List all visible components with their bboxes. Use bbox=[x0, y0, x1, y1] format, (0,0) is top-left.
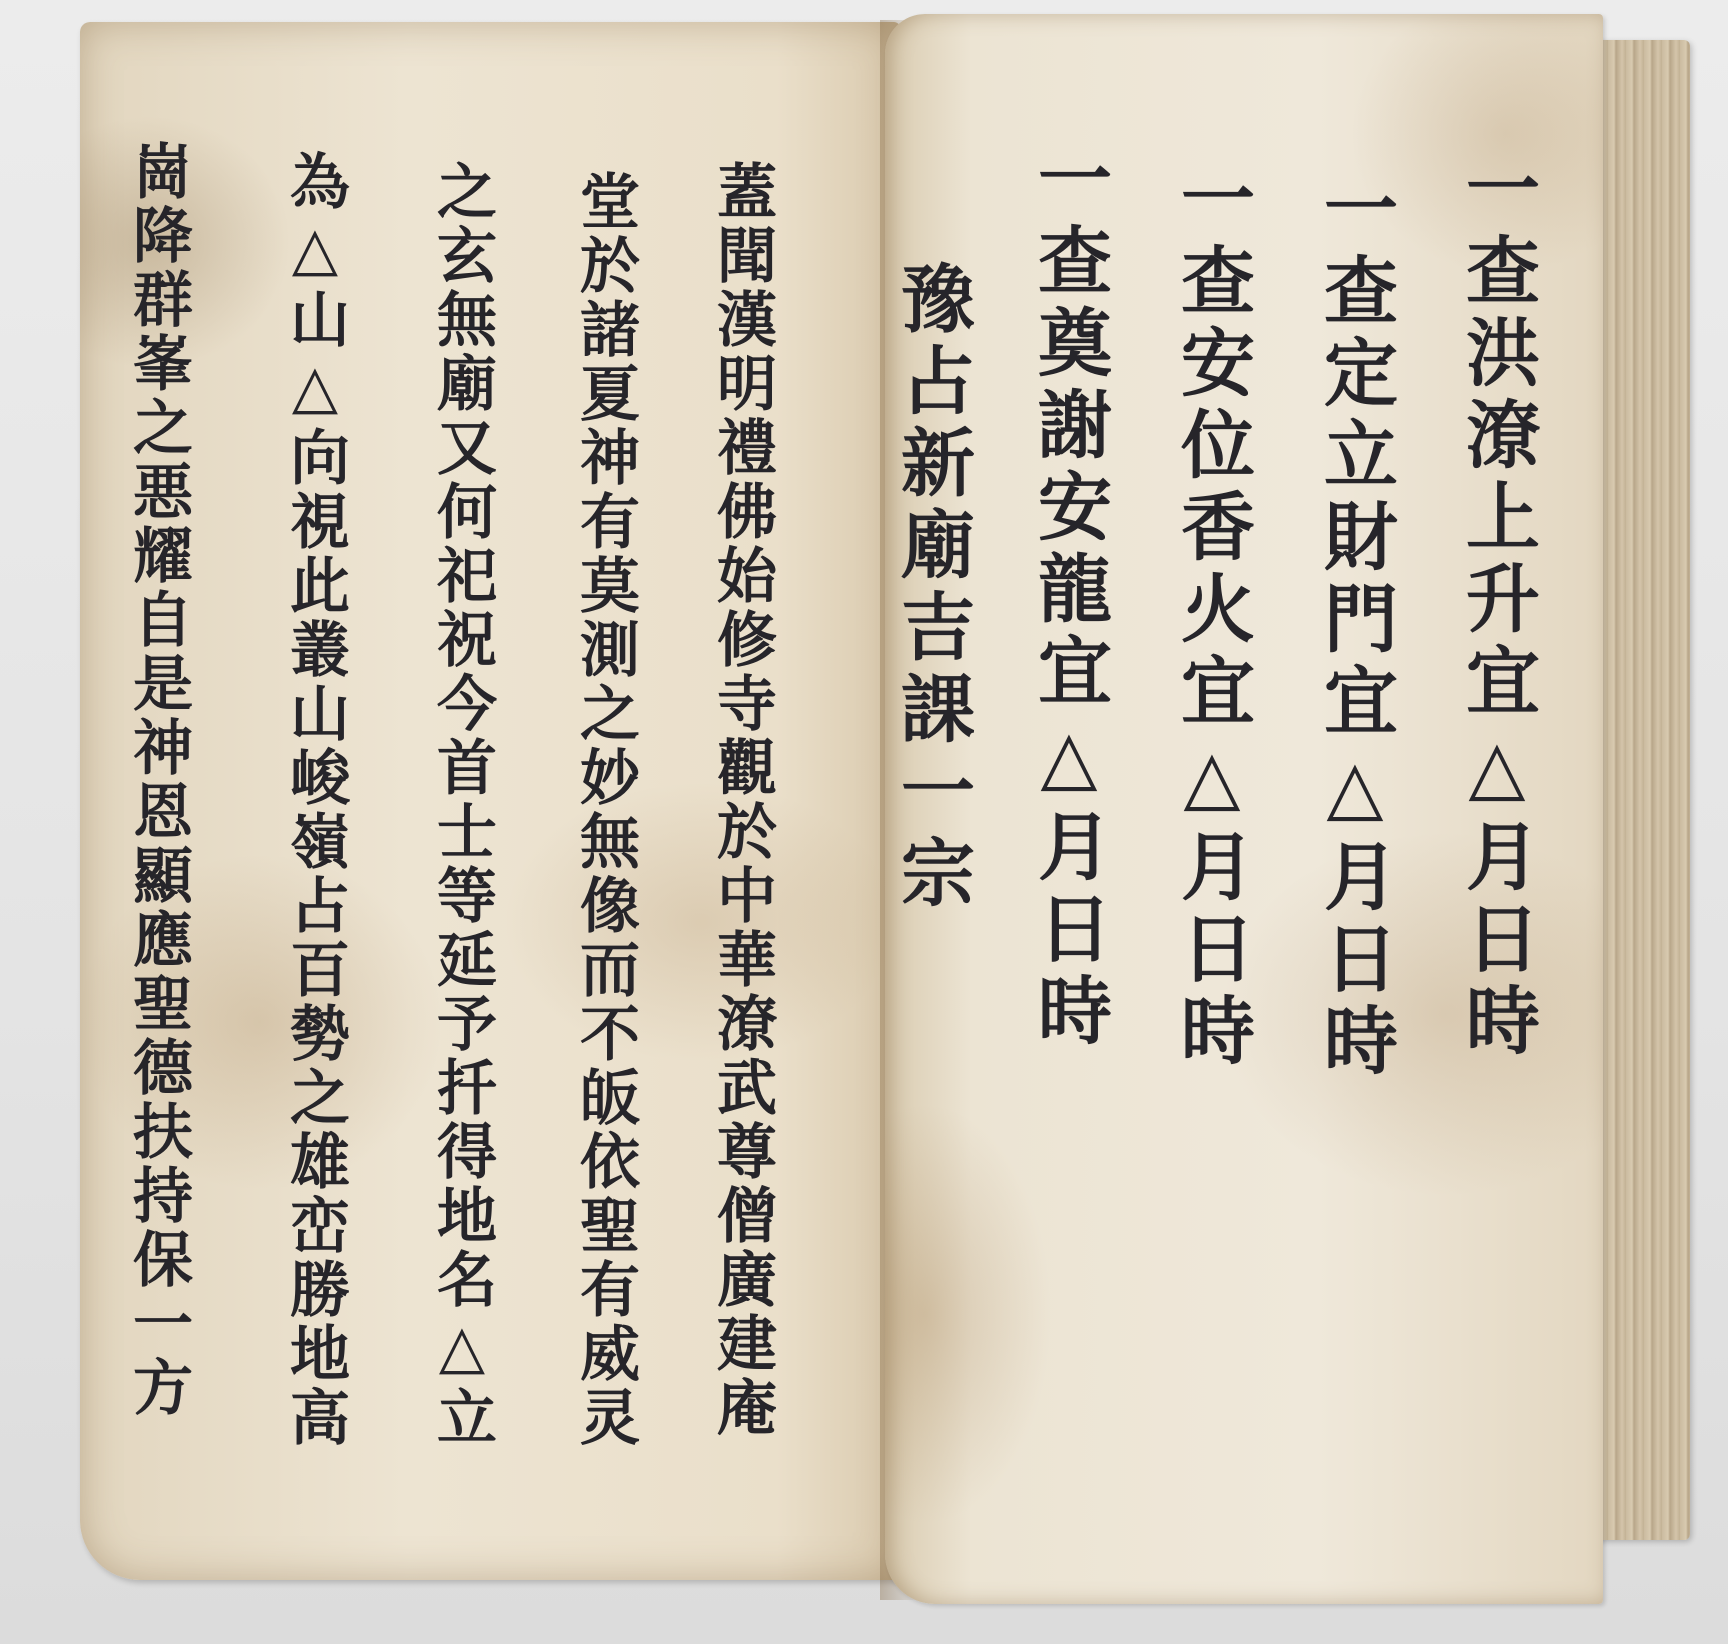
left-column-2: 堂於諸夏神有莫測之妙無像而不皈依聖有威灵 bbox=[575, 170, 635, 1450]
left-column-5: 崗降群峯之悪耀自是神恩顯應聖德扶持保一方 bbox=[128, 140, 188, 1420]
right-column-4: 一查奠謝安龍宜△月日時 bbox=[1032, 140, 1106, 1054]
left-column-1: 蓋聞漢明禮佛始修寺觀於中華潦武尊僧廣建庵 bbox=[712, 160, 772, 1440]
right-column-title: 豫占新廟吉課一宗 bbox=[895, 260, 969, 916]
page-block-edge bbox=[1590, 40, 1690, 1540]
right-column-3: 一查安位香火宜△月日時 bbox=[1175, 160, 1249, 1074]
right-column-2: 一查定立財門宜△月日時 bbox=[1318, 170, 1392, 1084]
left-column-4: 為△山△向視此叢山峻嶺占百勢之雄峦勝地高 bbox=[285, 150, 345, 1450]
left-column-3: 之玄無廟又何祀祝今首士等延予扦得地名△立 bbox=[432, 160, 492, 1450]
right-column-1: 一查洪潦上升宜△月日時 bbox=[1460, 150, 1534, 1064]
